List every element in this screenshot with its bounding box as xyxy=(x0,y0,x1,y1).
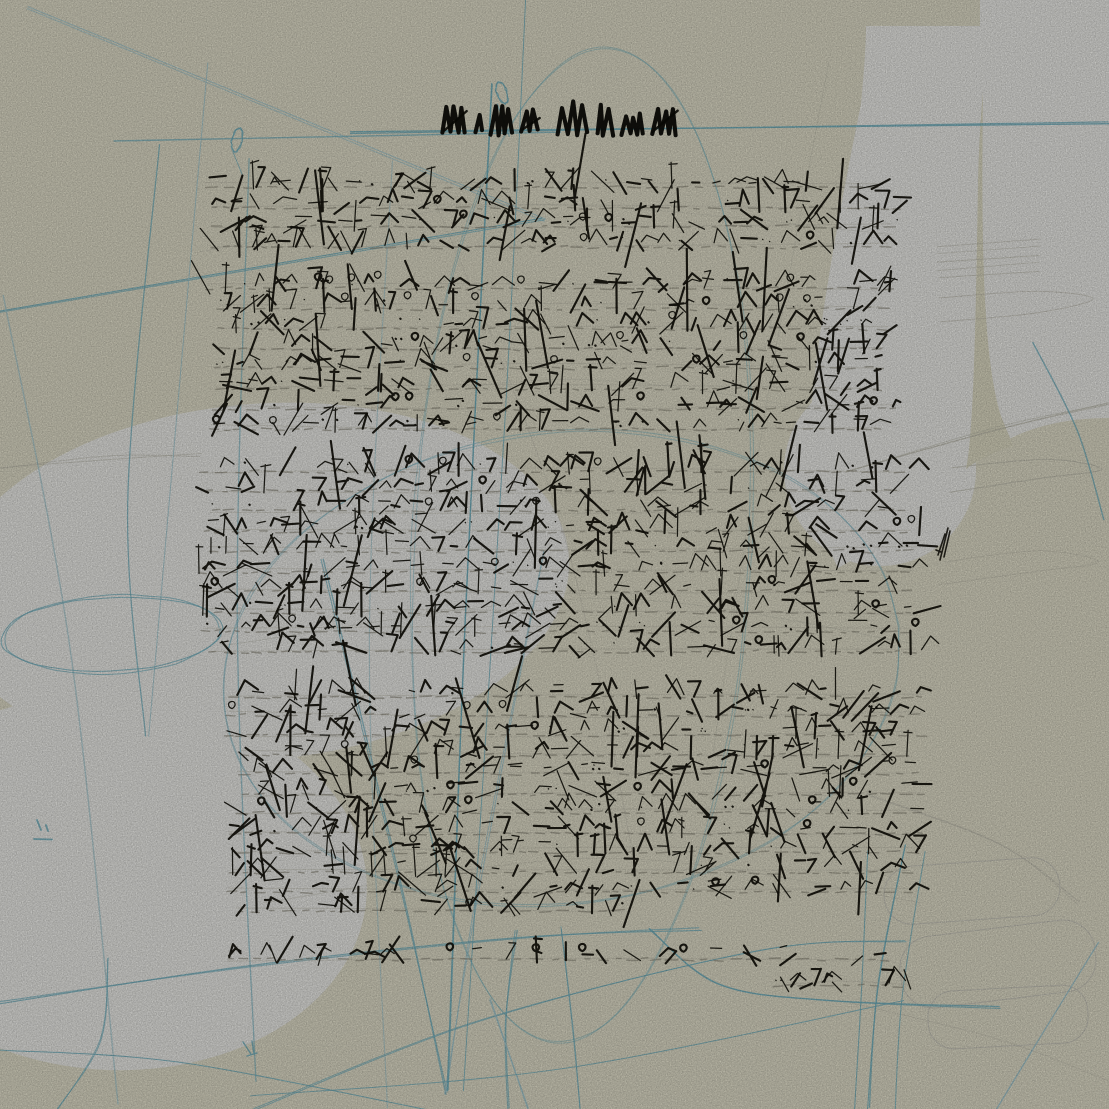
artwork-svg xyxy=(0,0,1109,1109)
grain-overlay xyxy=(0,0,1109,1109)
asemic-manuscript-artwork xyxy=(0,0,1109,1109)
